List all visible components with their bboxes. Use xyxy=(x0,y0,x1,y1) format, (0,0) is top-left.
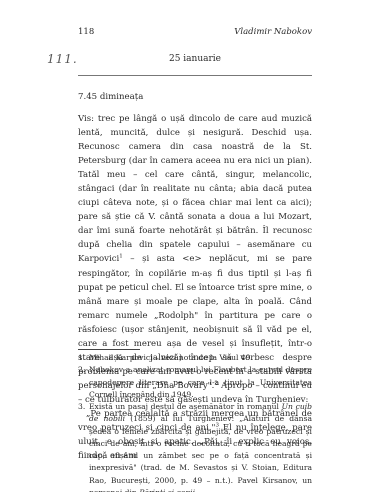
footnote-text: Nabokov a analizat romanul lui Flaubert … xyxy=(89,364,312,401)
footnote-separator xyxy=(78,349,140,350)
text-run: Există un pasaj destul de asemănător în … xyxy=(89,402,282,411)
page-number: 118 xyxy=(78,27,94,37)
header-rule xyxy=(78,75,312,76)
footnote-number: 1. xyxy=(78,352,89,364)
footnote-3: 3. Există un pasaj destul de asemănător … xyxy=(78,401,312,492)
footnote-text: Există un pasaj destul de asemănător în … xyxy=(89,401,312,492)
text-run: Vis: trec pe lângă o ușă dincolo de care… xyxy=(78,114,312,264)
entry-number: 111. xyxy=(47,52,78,66)
footnote-2: 2. Nabokov a analizat romanul lui Flaube… xyxy=(78,364,312,401)
running-header-author: Vladimir Nabokov xyxy=(234,27,312,37)
footnote-text: Mihail Karpovici – vezi nota de la Visul… xyxy=(89,352,312,364)
footnotes: 1. Mihail Karpovici – vezi nota de la Vi… xyxy=(78,352,312,492)
footnote-number: 3. xyxy=(78,401,89,492)
footnote-number: 2. xyxy=(78,364,89,401)
entry-date: 25 ianuarie xyxy=(78,54,312,64)
text-run: (1859) al lui Turgheniev: „Alături de dâ… xyxy=(89,414,312,492)
book-title: Părinți și copii xyxy=(139,488,195,492)
footnote-1: 1. Mihail Karpovici – vezi nota de la Vi… xyxy=(78,352,312,364)
entry-time: 7.45 dimineața xyxy=(78,92,143,102)
